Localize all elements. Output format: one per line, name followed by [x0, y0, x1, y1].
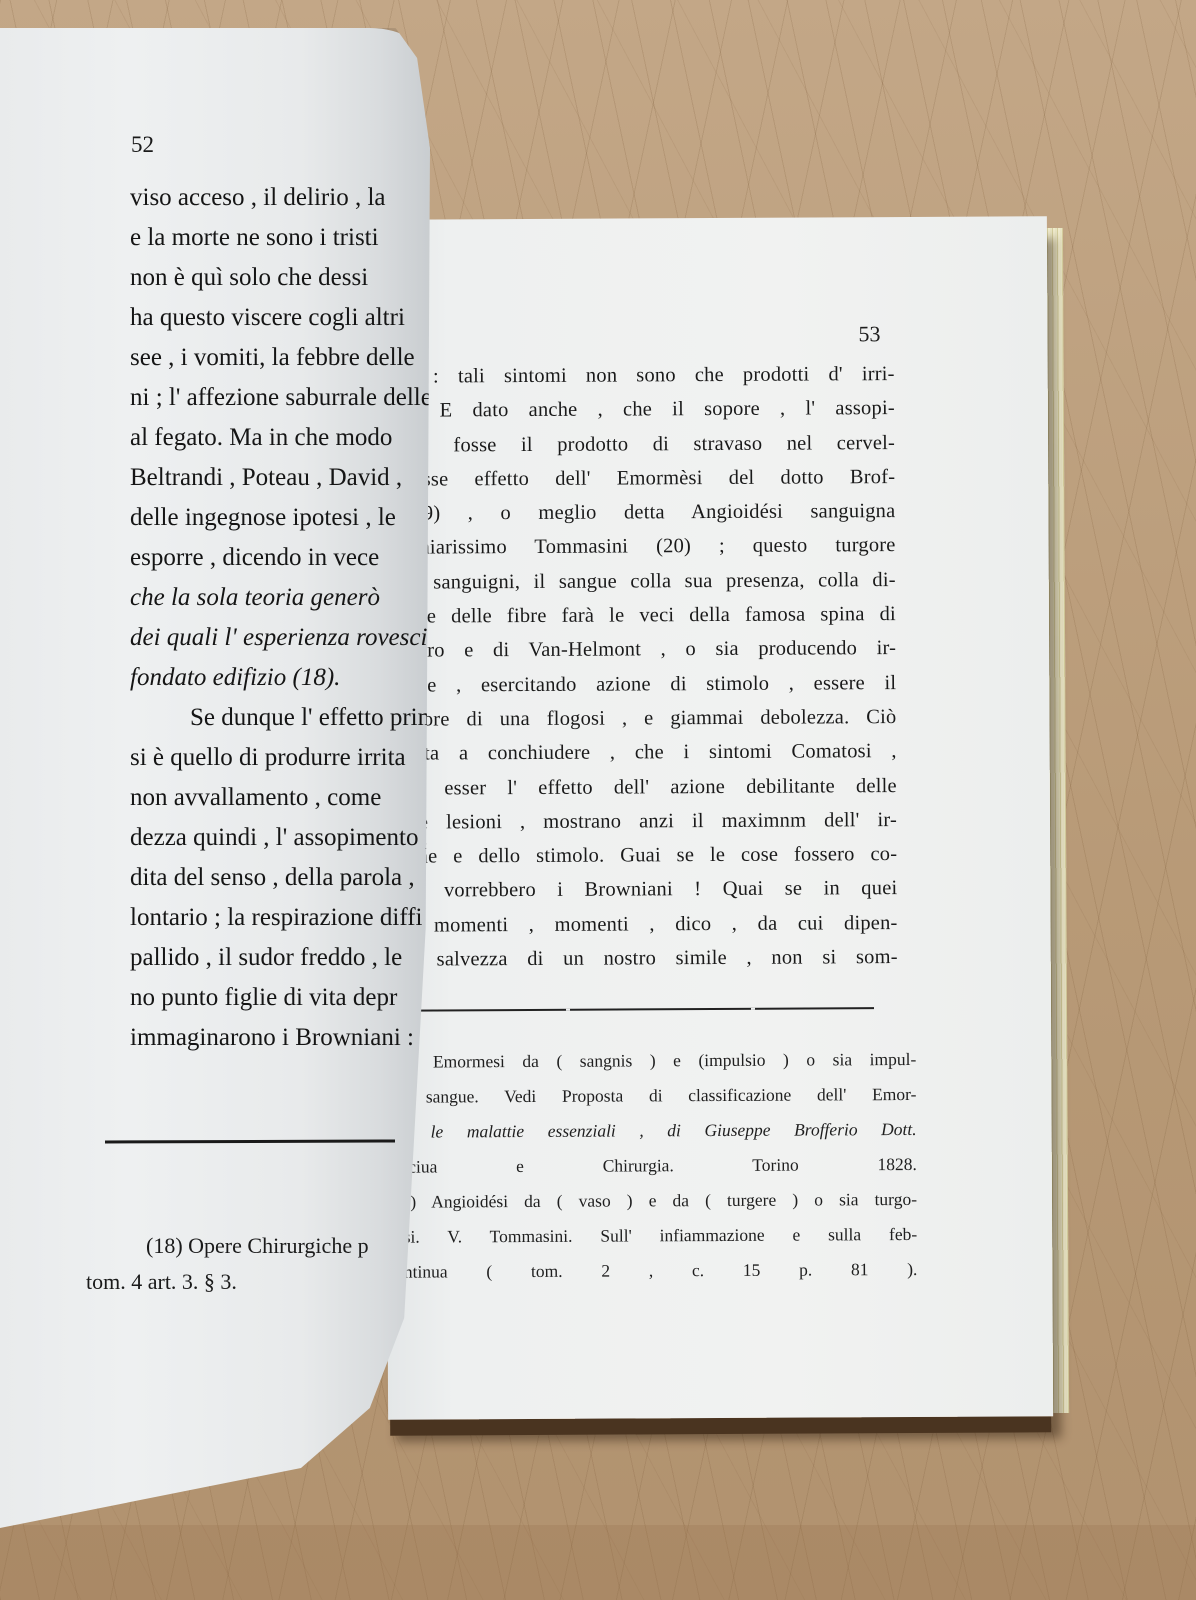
text-line: dei quali l' esperienza rovesciò — [130, 618, 430, 658]
left-page-body: viso acceso , il delirio , la e la morte… — [130, 178, 430, 1058]
text-line: pallido , il sudor freddo , le — [130, 938, 430, 978]
text-line: dezza quindi , l' assopimento , — [130, 818, 430, 858]
text-line: one e dello stimolo. Guai se le cose fos… — [407, 837, 897, 874]
left-page-footnotes: (18) Opere Chirurgiche p tom. 4 art. 3. … — [86, 1228, 386, 1300]
footnote-line: (20) Angioidési da ( vaso ) e da ( turge… — [387, 1182, 917, 1220]
text-line: ha questo viscere cogli altri — [130, 298, 430, 338]
text-line: ite lesioni , mostrano anzi il maximnm d… — [407, 803, 897, 840]
right-page: 53 a : tali sintomi non sono che prodott… — [382, 216, 1053, 1419]
text-line: fondato edifizio (18). — [130, 658, 430, 698]
text-line: orta a conchiudere , che i sintomi Comat… — [407, 734, 897, 771]
text-line: Chiarissimo Tommasini (20) ; questo turg… — [405, 529, 895, 566]
right-page-footnotes: (19) Emormesi da ( sangnis ) e (impulsio… — [386, 1042, 917, 1290]
text-line: non è quì solo che dessi — [130, 258, 430, 298]
text-line: che la sola teoria generò — [130, 578, 430, 618]
text-line: si è quello di produrre irrita — [130, 738, 430, 778]
text-line: immaginarono i Browniani : — [130, 1018, 430, 1058]
text-line: dita del senso , della parola , — [130, 858, 430, 898]
text-line: si sanguigni, il sangue colla sua presen… — [406, 563, 896, 600]
footnote-line: fra le malattie essenziali , di Giuseppe… — [387, 1112, 917, 1150]
text-line: le vorrebbero i Browniani ! Quai se in q… — [407, 872, 897, 909]
text-line: lontario ; la respirazione diffi — [130, 898, 430, 938]
text-line: llero e di Van-Helmont , o sia producend… — [406, 631, 896, 668]
text-line: viso acceso , il delirio , la — [130, 178, 430, 218]
table-stain-band — [0, 1525, 1196, 1600]
footnote-line: vasi. V. Tommasini. Sull' infiammazione … — [387, 1217, 917, 1255]
footnote-separator — [386, 1007, 874, 1012]
text-line: Beltrandi , Poteau , David , — [130, 458, 430, 498]
text-line: esporre , dicendo in vece — [130, 538, 430, 578]
text-line: one , esercitando azione di stimolo , es… — [406, 666, 896, 703]
text-line: e. E dato anche , che il sopore , l' ass… — [405, 391, 895, 428]
left-page-curled[interactable]: 52 viso acceso , il delirio , la e la mo… — [0, 28, 430, 1528]
footnote-line: (19) Emormesi da ( sangnis ) e (impulsio… — [386, 1042, 916, 1080]
text-line: delle ingegnose ipotesi , le — [130, 498, 430, 538]
footnote-line: tom. 4 art. 3. § 3. — [86, 1264, 386, 1300]
text-line: see , i vomiti, la febbre delle — [130, 338, 430, 378]
text-line: one delle fibre farà le veci della famos… — [406, 597, 896, 634]
text-line: a salvezza di un nostro simile , non si … — [408, 940, 898, 977]
footnote-line: continua ( tom. 2 , c. 15 p. 81 ). — [387, 1252, 917, 1290]
text-line: di esser l' effetto dell' azione debilit… — [407, 769, 897, 806]
text-line: i momenti , momenti , dico , da cui dipe… — [407, 906, 897, 943]
text-line: ec. fosse il prodotto di stravaso nel ce… — [405, 426, 895, 463]
footnote-line: ediciua e Chirurgia. Torino 1828. — [387, 1147, 917, 1185]
text-line: otore di una flogosi , e giammai debolez… — [406, 700, 896, 737]
text-line: fosse effetto dell' Emormèsi del dotto B… — [405, 460, 895, 497]
page-number: 52 — [131, 132, 154, 158]
text-line: no punto figlie di vita depr — [130, 978, 430, 1018]
text-line: ni ; l' affezione saburrale delle — [130, 378, 430, 418]
text-line: non avvallamento , come — [130, 778, 430, 818]
footnote-separator — [105, 1139, 395, 1143]
right-page-body: a : tali sintomi non sono che prodotti d… — [405, 357, 898, 977]
text-line: (19) , o meglio detta Angioidési sanguig… — [405, 494, 895, 531]
footnote-line: (18) Opere Chirurgiche p — [86, 1228, 386, 1264]
text-line: al fegato. Ma in che modo — [130, 418, 430, 458]
text-line: Se dunque l' effetto primo — [130, 698, 430, 738]
footnote-line: di sangue. Vedi Proposta di classificazi… — [386, 1077, 916, 1115]
text-line: a : tali sintomi non sono che prodotti d… — [405, 357, 895, 394]
page-number: 53 — [858, 321, 880, 347]
text-line: e la morte ne sono i tristi — [130, 218, 430, 258]
